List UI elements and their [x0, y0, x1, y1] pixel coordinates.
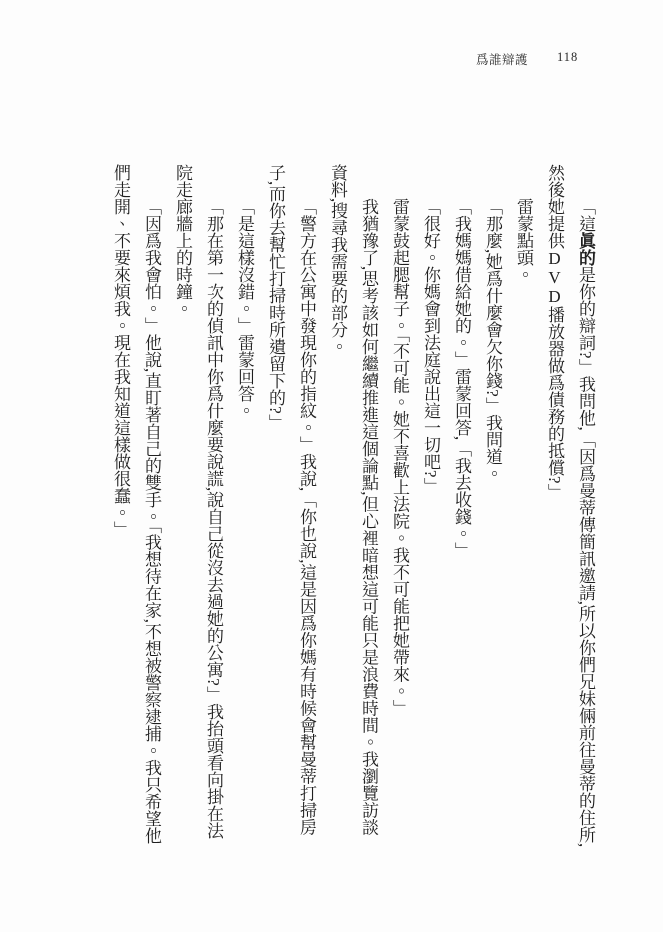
- body-text: 「這眞的是你的辯詞?」我問他,「因爲曼蒂傳簡訊邀請,所以你們兄妹倆前往曼蒂的住所…: [105, 164, 601, 850]
- paragraph: 「我媽媽借給她的。」雷蒙回答,「我去收錢。」: [446, 164, 477, 850]
- text-segment: 「那麼,她爲什麼會欠你錢?」我問道。: [483, 198, 502, 482]
- text-segment: 「是這樣沒錯。」雷蒙回答。: [235, 198, 254, 419]
- text-segment: 「我媽媽借給她的。」雷蒙回答,「我去收錢。」: [452, 198, 471, 559]
- paragraph: 「警方在公寓中發現你的指紋。」我說,「你也說,這是因爲你媽有時候會幫曼蒂打掃房子…: [260, 164, 322, 850]
- paragraph: 我猶豫了,思考該如何繼續推進這個論點,但心裡暗想這可能只是浪費時間。我瀏覽訪談資…: [322, 164, 384, 850]
- text-segment: DVD: [545, 249, 564, 306]
- text-segment: 「警方在公寓中發現你的指紋。」我說,「你也說,這是因爲你媽有時候會幫曼蒂打掃房子…: [266, 164, 316, 836]
- paragraph: 「很好。你媽會到法庭說出這一切吧?」: [415, 164, 446, 850]
- running-title: 爲誰辯護: [476, 50, 528, 68]
- paragraph: 「那在第一次的偵訊中你爲什麼要說謊,說自己從沒去過她的公寓?」我抬頭看向掛在法院…: [167, 164, 229, 850]
- text-segment: 「這: [576, 198, 595, 232]
- paragraph: 「因爲我會怕。」他說,直盯著自己的雙手。「我想待在家,不想被警察逮捕。我只希望他…: [105, 164, 167, 850]
- page-header: 爲誰辯護 118: [0, 50, 663, 70]
- text-segment: 雷蒙鼓起腮幫子。「不可能。她不喜歡上法院。我不可能把她帶來。」: [390, 198, 409, 717]
- paragraph: 「這眞的是你的辯詞?」我問他,「因爲曼蒂傳簡訊邀請,所以你們兄妹倆前往曼蒂的住所…: [539, 164, 601, 850]
- text-segment: 我猶豫了,思考該如何繼續推進這個論點,但心裡暗想這可能只是浪費時間。我瀏覽訪談資…: [328, 164, 378, 836]
- text-segment: 「很好。你媽會到法庭說出這一切吧?」: [421, 198, 440, 495]
- paragraph: 「是這樣沒錯。」雷蒙回答。: [229, 164, 260, 850]
- text-segment: 「那在第一次的偵訊中你爲什麼要說謊,說自己從沒去過她的公寓?」我抬頭看向掛在法院…: [173, 164, 223, 839]
- text-segment: 眞的: [576, 232, 595, 266]
- page-number: 118: [557, 50, 578, 65]
- paragraph: 雷蒙點頭。: [508, 164, 539, 850]
- paragraph: 「那麼,她爲什麼會欠你錢?」我問道。: [477, 164, 508, 850]
- text-segment: 「因爲我會怕。」他說,直盯著自己的雙手。「我想待在家,不想被警察逮捕。我只希望他…: [111, 164, 161, 844]
- text-segment: 雷蒙點頭。: [514, 198, 533, 283]
- book-page: 爲誰辯護 118 「這眞的是你的辯詞?」我問他,「因爲曼蒂傳簡訊邀請,所以你們兄…: [0, 0, 663, 932]
- text-segment: 播放器做爲債務的抵償?」: [545, 306, 564, 501]
- paragraph: 雷蒙鼓起腮幫子。「不可能。她不喜歡上法院。我不可能把她帶來。」: [384, 164, 415, 850]
